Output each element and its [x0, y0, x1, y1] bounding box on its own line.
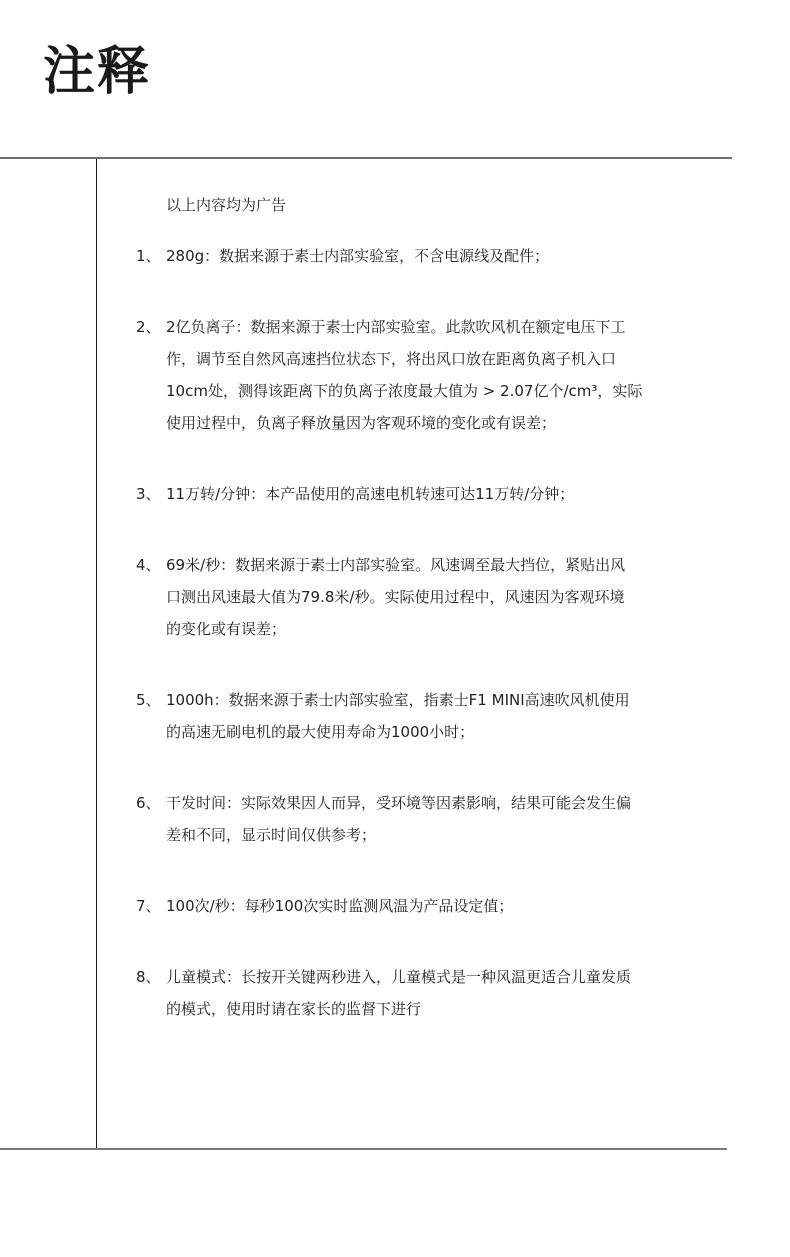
note-number: 6、 — [136, 787, 166, 851]
note-item: 4、 69米/秒：数据来源于素士内部实验室。风速调至最大挡位，紧贴出风 口测出风… — [136, 549, 696, 645]
note-text: 儿童模式：长按开关键两秒进入，儿童模式是一种风温更适合儿童发质 — [166, 961, 696, 993]
note-text: 口测出风速最大值为79.8米/秒。实际使用过程中，风速因为客观环境 — [166, 581, 696, 613]
note-text: 使用过程中，负离子释放量因为客观环境的变化或有误差； — [166, 407, 696, 439]
note-text: 280g：数据来源于素士内部实验室，不含电源线及配件； — [166, 240, 696, 272]
note-item: 1、 280g：数据来源于素士内部实验室，不含电源线及配件； — [136, 240, 696, 272]
note-text: 的模式，使用时请在家长的监督下进行 — [166, 993, 696, 1025]
note-text: 11万转/分钟：本产品使用的高速电机转速可达11万转/分钟； — [166, 478, 696, 510]
note-number: 2、 — [136, 311, 166, 439]
note-text: 10cm处，测得该距离下的负离子浓度最大值为 > 2.07亿个/cm³，实际 — [166, 375, 696, 407]
notes-section: 以上内容均为广告 1、 280g：数据来源于素士内部实验室，不含电源线及配件； … — [136, 190, 696, 1064]
note-text: 69米/秒：数据来源于素士内部实验室。风速调至最大挡位，紧贴出风 — [166, 549, 696, 581]
note-text: 2亿负离子：数据来源于素士内部实验室。此款吹风机在额定电压下工 — [166, 311, 696, 343]
note-number: 7、 — [136, 890, 166, 922]
note-number: 1、 — [136, 240, 166, 272]
note-text: 1000h：数据来源于素士内部实验室，指素士F1 MINI高速吹风机使用 — [166, 684, 696, 716]
note-text: 100次/秒：每秒100次实时监测风温为产品设定值； — [166, 890, 696, 922]
note-number: 5、 — [136, 684, 166, 748]
note-number: 3、 — [136, 478, 166, 510]
note-item: 6、 干发时间：实际效果因人而异，受环境等因素影响，结果可能会发生偏 差和不同，… — [136, 787, 696, 851]
note-text: 干发时间：实际效果因人而异，受环境等因素影响，结果可能会发生偏 — [166, 787, 696, 819]
top-divider — [0, 157, 732, 159]
note-item: 7、 100次/秒：每秒100次实时监测风温为产品设定值； — [136, 890, 696, 922]
note-text: 的高速无刷电机的最大使用寿命为1000小时； — [166, 716, 696, 748]
note-number: 8、 — [136, 961, 166, 1025]
vertical-divider — [96, 159, 97, 1149]
note-item: 8、 儿童模式：长按开关键两秒进入，儿童模式是一种风温更适合儿童发质 的模式，使… — [136, 961, 696, 1025]
note-text: 作，调节至自然风高速挡位状态下，将出风口放在距离负离子机入口 — [166, 343, 696, 375]
note-item: 5、 1000h：数据来源于素士内部实验室，指素士F1 MINI高速吹风机使用 … — [136, 684, 696, 748]
bottom-divider — [0, 1148, 727, 1150]
note-item: 3、 11万转/分钟：本产品使用的高速电机转速可达11万转/分钟； — [136, 478, 696, 510]
page-title: 注释 — [43, 40, 151, 104]
ad-disclaimer: 以上内容均为广告 — [136, 190, 696, 220]
note-number: 4、 — [136, 549, 166, 645]
note-text: 的变化或有误差； — [166, 613, 696, 645]
note-text: 差和不同，显示时间仅供参考； — [166, 819, 696, 851]
note-item: 2、 2亿负离子：数据来源于素士内部实验室。此款吹风机在额定电压下工 作，调节至… — [136, 311, 696, 439]
